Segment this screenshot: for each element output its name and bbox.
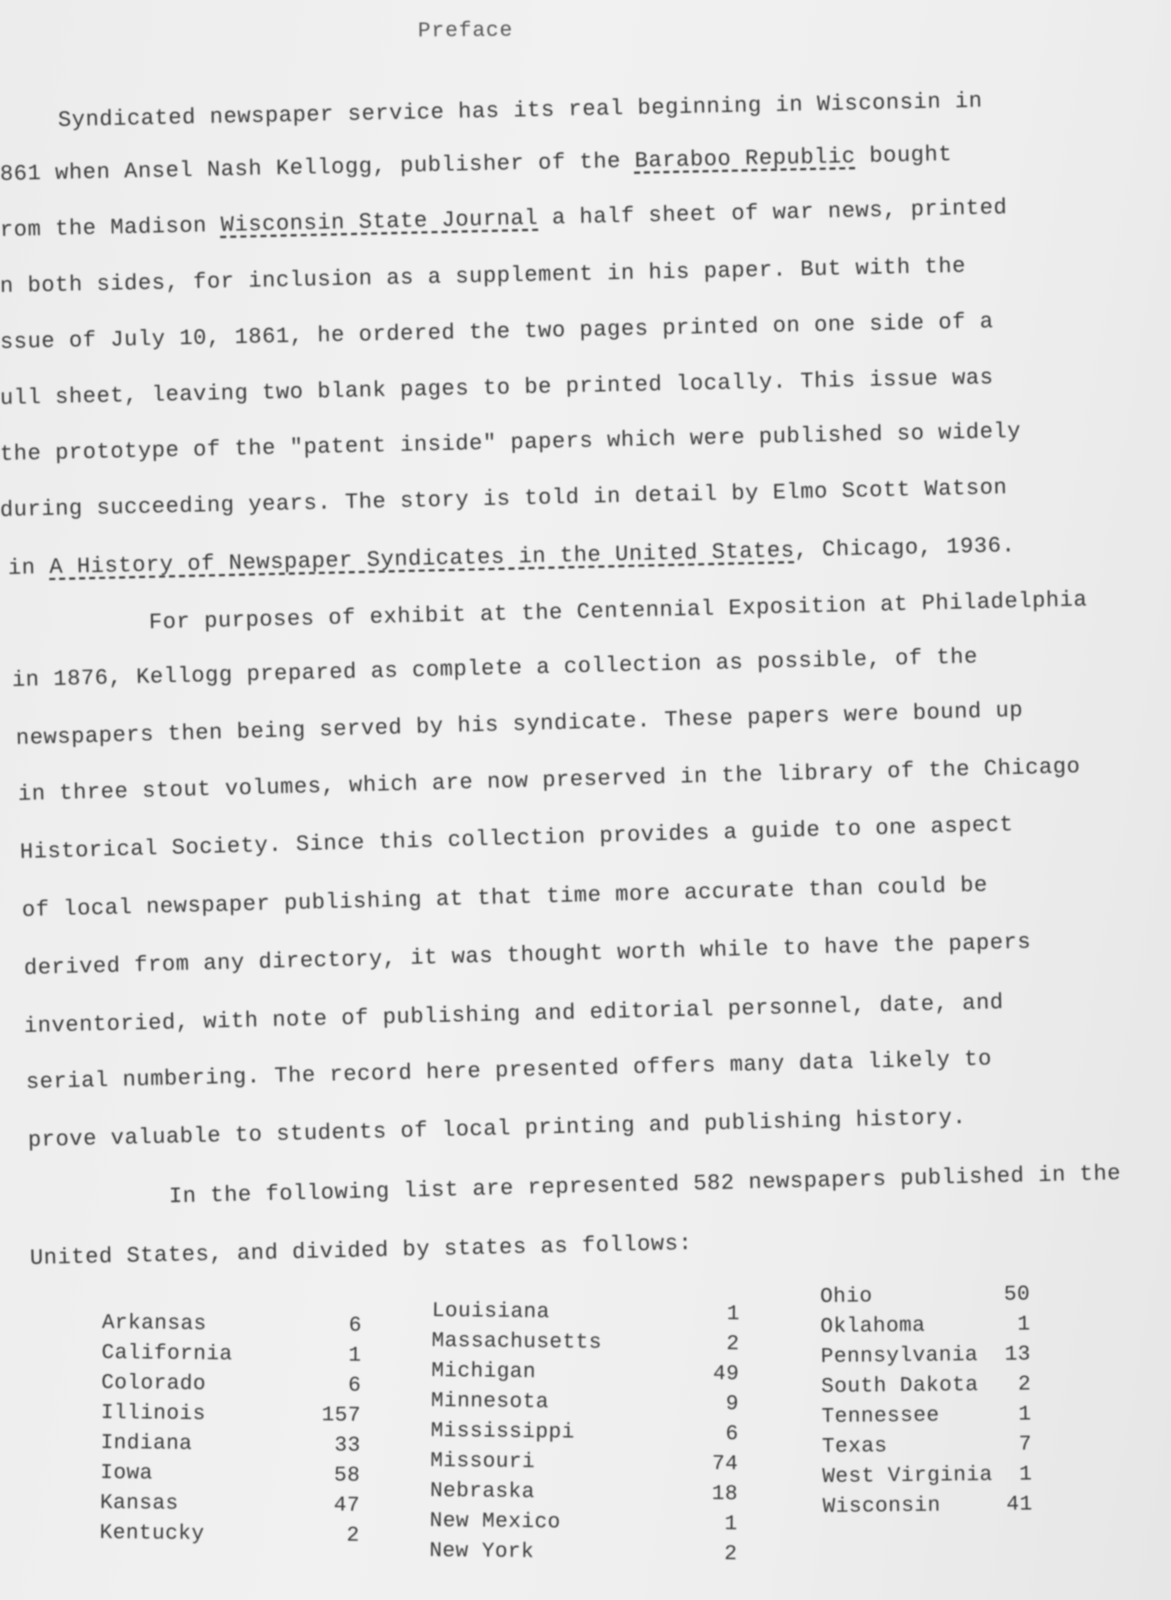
state-count: 2 bbox=[677, 1543, 737, 1567]
state-name: Colorado bbox=[101, 1372, 206, 1396]
state-name: Arkansas bbox=[102, 1312, 207, 1336]
state-count: 7 bbox=[972, 1433, 1032, 1457]
text-line: of local newspaper publishing at that ti… bbox=[22, 873, 988, 923]
states-column-1: Arkansas6California1Colorado6Illinois157… bbox=[99, 1312, 102, 1552]
typewritten-page: Preface Syndicated newspaper service has… bbox=[0, 0, 1171, 1600]
page-title: Preface bbox=[418, 20, 513, 44]
state-count: 1 bbox=[970, 1313, 1030, 1337]
text-segment: prove valuable to students of local prin… bbox=[28, 1105, 967, 1153]
state-count: 47 bbox=[300, 1494, 360, 1518]
state-name: Iowa bbox=[100, 1462, 153, 1486]
text-segment: 861 when Ansel Nash Kellogg, publisher o… bbox=[0, 149, 635, 187]
text-line: For purposes of exhibit at the Centennia… bbox=[80, 587, 1088, 637]
text-line: inventoried, with note of publishing and… bbox=[24, 990, 1004, 1039]
state-count: 49 bbox=[679, 1363, 739, 1387]
text-line: in 1876, Kellogg prepared as complete a … bbox=[12, 644, 978, 693]
text-segment: newspapers then being served by his synd… bbox=[16, 698, 1024, 751]
text-line: Historical Society. Since this collectio… bbox=[20, 812, 1014, 865]
state-count: 1 bbox=[971, 1403, 1031, 1427]
state-name: Nebraska bbox=[430, 1480, 535, 1504]
text-segment: serial numbering. The record here presen… bbox=[26, 1046, 992, 1095]
underlined-title: Baraboo Republic bbox=[635, 144, 856, 174]
state-count: 1 bbox=[680, 1303, 740, 1327]
state-count: 1 bbox=[678, 1513, 738, 1537]
states-column-3: Ohio50Oklahoma1Pennsylvania13South Dakot… bbox=[820, 1286, 823, 1526]
text-segment: Syndicated newspaper service has its rea… bbox=[58, 89, 983, 133]
state-count: 50 bbox=[970, 1283, 1030, 1307]
text-line: rom the Madison Wisconsin State Journal … bbox=[0, 195, 1008, 243]
state-name: Ohio bbox=[820, 1285, 873, 1309]
text-segment: in three stout volumes, which are now pr… bbox=[18, 754, 1081, 807]
text-line: n both sides, for inclusion as a supplem… bbox=[0, 254, 966, 299]
state-name: Louisiana bbox=[432, 1300, 550, 1324]
state-count: 1 bbox=[972, 1463, 1032, 1487]
text-segment: For purposes of exhibit at the Centennia… bbox=[80, 587, 1088, 637]
text-segment: , Chicago, 1936. bbox=[794, 533, 1015, 563]
text-segment: ull sheet, leaving two blank pages to be… bbox=[0, 365, 994, 411]
state-count: 58 bbox=[300, 1464, 360, 1488]
text-line: United States, and divided by states as … bbox=[30, 1231, 693, 1271]
text-line: ull sheet, leaving two blank pages to be… bbox=[0, 365, 994, 411]
state-count: 2 bbox=[300, 1524, 360, 1548]
text-segment: derived from any directory, it was thoug… bbox=[24, 930, 1032, 981]
text-line: the prototype of the "patent inside" pap… bbox=[0, 419, 1021, 467]
state-count: 6 bbox=[302, 1314, 362, 1338]
state-count: 9 bbox=[679, 1393, 739, 1417]
state-name: South Dakota bbox=[821, 1374, 979, 1399]
text-line: In the following list are represented 58… bbox=[100, 1161, 1122, 1211]
text-segment: during succeeding years. The story is to… bbox=[0, 475, 1008, 523]
text-line: prove valuable to students of local prin… bbox=[28, 1105, 967, 1153]
text-segment: inventoried, with note of publishing and… bbox=[24, 990, 1004, 1039]
state-name: Texas bbox=[822, 1435, 888, 1459]
state-count: 18 bbox=[678, 1483, 738, 1507]
state-count: 2 bbox=[971, 1373, 1031, 1397]
state-name: Indiana bbox=[101, 1432, 193, 1456]
text-segment: in bbox=[8, 555, 50, 581]
state-count: 6 bbox=[301, 1374, 361, 1398]
text-segment: ssue of July 10, 1861, he ordered the tw… bbox=[0, 309, 994, 355]
state-name: Missouri bbox=[430, 1450, 535, 1474]
text-segment: the prototype of the "patent inside" pap… bbox=[0, 419, 1021, 467]
state-name: Tennessee bbox=[821, 1405, 939, 1429]
state-name: West Virginia bbox=[822, 1464, 993, 1489]
text-line: 861 when Ansel Nash Kellogg, publisher o… bbox=[0, 142, 952, 187]
state-name: Mississippi bbox=[431, 1420, 575, 1445]
text-segment: of local newspaper publishing at that ti… bbox=[22, 873, 988, 923]
state-name: Michigan bbox=[431, 1360, 536, 1384]
state-count: 13 bbox=[971, 1343, 1031, 1367]
underlined-title: A History of Newspaper Syndicates in the… bbox=[49, 538, 795, 580]
text-line: derived from any directory, it was thoug… bbox=[24, 930, 1032, 981]
text-segment: n both sides, for inclusion as a supplem… bbox=[0, 254, 966, 299]
text-segment: a half sheet of war news, printed bbox=[538, 195, 1008, 231]
state-name: Pennsylvania bbox=[821, 1344, 979, 1369]
text-segment: in 1876, Kellogg prepared as complete a … bbox=[12, 644, 978, 693]
text-line: in three stout volumes, which are now pr… bbox=[18, 754, 1081, 807]
state-count: 74 bbox=[678, 1453, 738, 1477]
state-name: New Mexico bbox=[430, 1510, 561, 1534]
text-line: Syndicated newspaper service has its rea… bbox=[58, 89, 983, 133]
state-name: New York bbox=[429, 1540, 534, 1564]
state-count: 41 bbox=[973, 1493, 1033, 1517]
state-name: Wisconsin bbox=[823, 1495, 941, 1519]
state-name: California bbox=[101, 1342, 232, 1366]
text-segment: bought bbox=[855, 142, 952, 169]
states-column-2: Louisiana1Massachusetts2Michigan49Minnes… bbox=[429, 1300, 432, 1570]
state-count: 33 bbox=[300, 1434, 360, 1458]
text-line: newspapers then being served by his synd… bbox=[16, 698, 1024, 751]
text-segment: rom the Madison bbox=[0, 213, 221, 243]
text-line: during succeeding years. The story is to… bbox=[0, 475, 1008, 523]
underlined-title: Wisconsin State Journal bbox=[221, 206, 539, 238]
text-segment: United States, and divided by states as … bbox=[30, 1231, 693, 1271]
state-count: 157 bbox=[301, 1404, 361, 1428]
text-line: serial numbering. The record here presen… bbox=[26, 1046, 992, 1095]
state-count: 6 bbox=[678, 1423, 738, 1447]
state-name: Kentucky bbox=[100, 1522, 205, 1546]
state-name: Oklahoma bbox=[820, 1315, 925, 1339]
state-name: Kansas bbox=[100, 1492, 179, 1516]
state-count: 2 bbox=[679, 1333, 739, 1357]
state-name: Illinois bbox=[101, 1402, 206, 1426]
text-segment: In the following list are represented 58… bbox=[100, 1161, 1122, 1211]
text-segment: Historical Society. Since this collectio… bbox=[20, 812, 1014, 865]
state-count: 1 bbox=[301, 1344, 361, 1368]
text-line: in A History of Newspaper Syndicates in … bbox=[8, 533, 1016, 581]
state-name: Massachusetts bbox=[431, 1330, 602, 1355]
text-line: ssue of July 10, 1861, he ordered the tw… bbox=[0, 309, 994, 355]
state-name: Minnesota bbox=[431, 1390, 549, 1414]
